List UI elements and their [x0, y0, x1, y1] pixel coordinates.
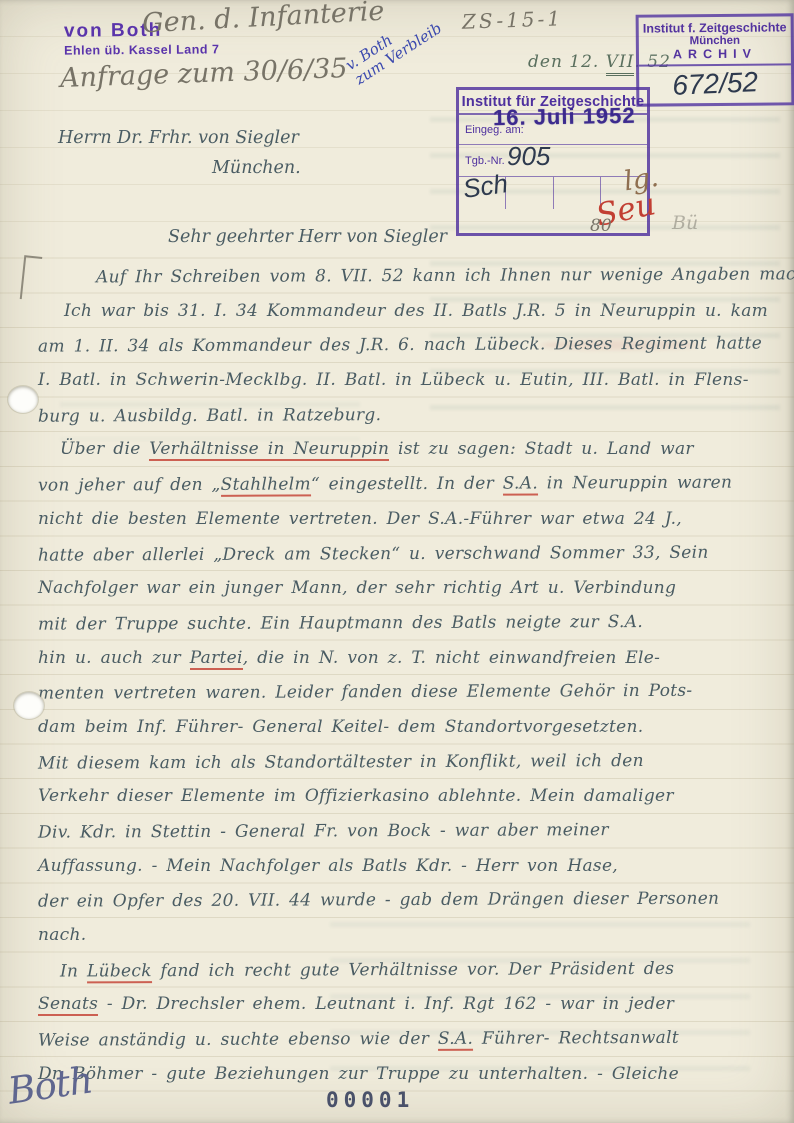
- letter-text: in Neuruppin waren: [538, 473, 732, 494]
- letter-line: Nachfolger war ein junger Mann, der sehr…: [38, 571, 784, 606]
- date-month-roman: VII: [606, 52, 635, 76]
- letter-text: von jeher auf den „: [38, 475, 221, 496]
- letter-text: “ eingestellt. In der: [311, 474, 503, 495]
- letter-text: dam beim Inf. Führer- General Keitel- de…: [38, 717, 643, 737]
- letter-text: am 1. II. 34 als Kommandeur des J.R. 6. …: [38, 334, 762, 357]
- date-prefix: den 12.: [528, 52, 606, 72]
- letter-line: Div. Kdr. in Stettin - General Fr. von B…: [38, 812, 784, 850]
- letter-line: mit der Truppe suchte. Ein Hauptmann des…: [38, 604, 784, 642]
- letter-line: I. Batl. in Schwerin-Mecklbg. II. Batl. …: [38, 363, 784, 398]
- letter-line: In Lübeck fand ich recht gute Verhältnis…: [38, 951, 784, 989]
- pencil-rank-annotation: Gen. d. Infanterie: [141, 0, 385, 39]
- letter-line: dam beim Inf. Führer- General Keitel- de…: [38, 710, 784, 745]
- pencil-reference-annotation: Anfrage zum 30/6/35: [60, 53, 349, 94]
- letter-line: Weise anständig u. suchte ebenso wie der…: [38, 1020, 784, 1058]
- recipient-name: Herrn Dr. Frhr. von Siegler: [58, 128, 299, 148]
- letter-text: fand ich recht gute Verhältnisse vor. De…: [152, 959, 675, 981]
- letter-text: Führer- Rechtsanwalt: [473, 1028, 679, 1049]
- sender-address: Ehlen üb. Kassel Land 7: [64, 42, 219, 57]
- punch-hole: [8, 386, 38, 413]
- letter-text: Ich war bis 31. I. 34 Kommandeur des II.…: [64, 301, 768, 321]
- letter-text: Auf Ihr Schreiben vom 8. VII. 52 kann ic…: [96, 264, 794, 287]
- letter-text: mit der Truppe suchte. Ein Hauptmann des…: [38, 612, 643, 635]
- stamp-cell: Sch: [459, 177, 506, 209]
- red-underlined-phrase: Partei: [190, 648, 243, 670]
- letter-line: Auf Ihr Schreiben vom 8. VII. 52 kann ic…: [38, 257, 784, 295]
- letter-line: burg u. Ausbildg. Batl. in Ratzeburg.: [38, 396, 784, 434]
- punch-hole: [14, 692, 44, 719]
- letter-line: nach.: [38, 918, 784, 953]
- page-number-stamp: 00001: [326, 1088, 414, 1112]
- letter-text: hin u. auch zur: [38, 648, 190, 668]
- archive-code-annotation: ZS-15-1: [462, 6, 564, 34]
- entry-stamp-date: 16. Juli 1952: [493, 103, 636, 131]
- letter-line: von jeher auf den „Stahlhelm“ eingestell…: [38, 465, 784, 503]
- letter-text: ist zu sagen: Stadt u. Land war: [389, 439, 694, 459]
- letter-line: Ich war bis 31. I. 34 Kommandeur des II.…: [38, 294, 784, 329]
- letter-line: nicht die besten Elemente vertreten. Der…: [38, 502, 784, 537]
- archive-stamp: Institut f. Zeitgeschichte München ARCHI…: [636, 13, 794, 106]
- letter-line: Mit diesem kam ich als Standortältester …: [38, 743, 784, 781]
- letter-line: Auffassung. - Mein Nachfolger als Batls …: [38, 849, 784, 884]
- red-underlined-phrase: Verhältnisse in Neuruppin: [149, 439, 389, 461]
- letter-text: Nachfolger war ein junger Mann, der sehr…: [38, 578, 676, 598]
- letter-text: menten vertreten waren. Leider fanden di…: [38, 681, 693, 704]
- letter-line: menten vertreten waren. Leider fanden di…: [38, 674, 784, 712]
- letter-text: hatte aber allerlei „Dreck am Stecken“ u…: [38, 542, 709, 565]
- letter-text: nach.: [38, 925, 86, 945]
- initials-faint: Bü: [672, 212, 698, 234]
- letter-text: Div. Kdr. in Stettin - General Fr. von B…: [38, 820, 609, 842]
- letter-line: Dr. Böhmer - gute Beziehungen zur Truppe…: [38, 1057, 784, 1092]
- letter-text: Weise anständig u. suchte ebenso wie der: [38, 1029, 438, 1051]
- letter-body: Auf Ihr Schreiben vom 8. VII. 52 kann ic…: [38, 259, 784, 1092]
- letter-line: Über die Verhältnisse in Neuruppin ist z…: [38, 432, 784, 467]
- letter-text: Verkehr dieser Elemente im Offizierkasin…: [38, 786, 674, 806]
- archive-number: 672/52: [638, 63, 791, 107]
- journal-number-label: Tgb.-Nr.: [465, 155, 505, 167]
- red-underlined-phrase: S.A.: [503, 474, 538, 496]
- letter-line: hin u. auch zur Partei, die in N. von z.…: [38, 641, 784, 676]
- letter-text: Auffassung. - Mein Nachfolger als Batls …: [38, 856, 618, 876]
- letter-line: Senats - Dr. Drechsler ehem. Leutnant i.…: [38, 987, 784, 1022]
- stamp-cell: [506, 177, 553, 209]
- letter-text: Über die: [60, 439, 149, 459]
- pencil-number-annotation: 80: [590, 216, 612, 236]
- letter-line: am 1. II. 34 als Kommandeur des J.R. 6. …: [38, 327, 784, 365]
- letter-text: - Dr. Drechsler ehem. Leutnant i. Inf. R…: [98, 994, 674, 1014]
- letter-text: I. Batl. in Schwerin-Mecklbg. II. Batl. …: [38, 370, 749, 390]
- letter-text: burg u. Ausbildg. Batl. in Ratzeburg.: [38, 405, 381, 426]
- letter-text: nicht die besten Elemente vertreten. Der…: [38, 509, 682, 529]
- red-underlined-phrase: Stahlhelm: [221, 475, 311, 497]
- red-underlined-phrase: Senats: [38, 994, 98, 1016]
- letter-line: der ein Opfer des 20. VII. 44 wurde - ga…: [38, 882, 784, 920]
- letter-text: Mit diesem kam ich als Standortältester …: [38, 751, 644, 774]
- salutation: Sehr geehrter Herr von Siegler: [168, 227, 447, 247]
- letter-text: In: [60, 961, 87, 981]
- recipient-city: München.: [212, 158, 301, 178]
- letter-text: der ein Opfer des 20. VII. 44 wurde - ga…: [38, 889, 719, 912]
- letter-line: hatte aber allerlei „Dreck am Stecken“ u…: [38, 535, 784, 573]
- letter-line: Verkehr dieser Elemente im Offizierkasin…: [38, 779, 784, 814]
- letter-text: , die in N. von z. T. nicht einwandfreie…: [243, 648, 660, 668]
- scanned-letter-page: von Both Ehlen üb. Kassel Land 7 Gen. d.…: [0, 0, 794, 1123]
- bottom-left-signature-mark: Both: [5, 1058, 94, 1112]
- journal-number-value: 905: [507, 141, 550, 172]
- red-underlined-phrase: S.A.: [438, 1029, 473, 1051]
- letter-text: Dr. Böhmer - gute Beziehungen zur Truppe…: [38, 1064, 679, 1084]
- red-underlined-phrase: Lübeck: [87, 961, 152, 983]
- archive-stamp-institute: Institut f. Zeitgeschichte: [639, 16, 791, 35]
- clerk-initial: Sch: [461, 168, 510, 205]
